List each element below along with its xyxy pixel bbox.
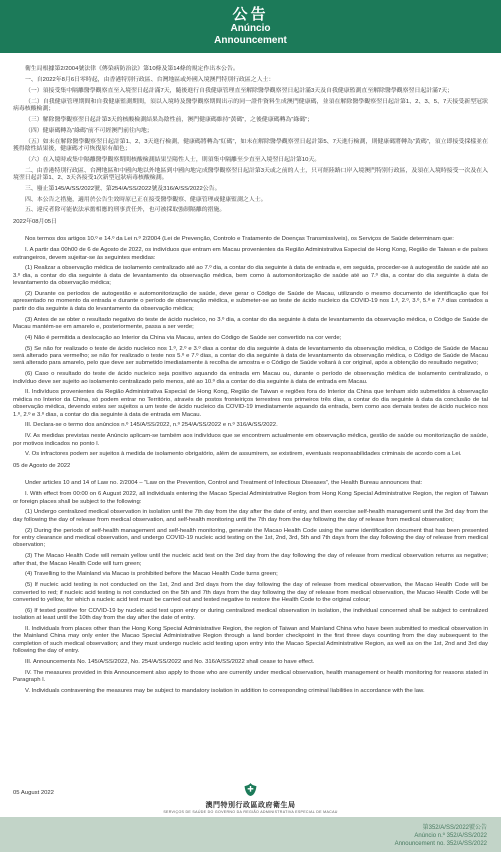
- announcement-body: 衛生局根據第2/2004號法律《傳染病防治法》第10條及第14條的規定作出本公告…: [0, 53, 501, 695]
- announcement-number-chinese: 第352/A/SS/2022號公告: [14, 825, 487, 833]
- announcement-page: 公告 Anúncio Announcement 衛生局根據第2/2004號法律《…: [0, 0, 501, 852]
- issuer-block: 05 August 2022 澳門特別行政區政府衛生局 SERVIÇOS DE …: [0, 783, 501, 815]
- portuguese-paragraphs: Nos termos dos artigos 10.º e 14.º da Le…: [13, 236, 488, 458]
- announcement-paragraph: Nos termos dos artigos 10.º e 14.º da Le…: [13, 236, 488, 243]
- announcement-paragraph: (3) The Macao Health Code will remain ye…: [13, 553, 488, 568]
- announcement-paragraph: I. A partir das 00h00 de 6 de Agosto de …: [13, 247, 488, 262]
- announcement-paragraph: 四、本公告之措施，適用於公告生效時原已正在接受醫學觀察、健康管理或健康監測之人士…: [13, 197, 488, 204]
- announcement-paragraph: 三、廢止第145/A/SS/2022號、第254/A/SS/2022號及316/…: [13, 186, 488, 193]
- announcement-paragraph: 二、由香港特別行政區、台灣地區和中國內地以外地區到中國內地完成醫學觀察翌日起計第…: [13, 168, 488, 183]
- announcement-paragraph: (3) Antes de se obter o resultado negati…: [13, 317, 488, 332]
- announcement-paragraph: （二）自我健康管理期間和自我健康監測期間，須以入境時及醫學觀察期間出示的同一證件…: [13, 99, 488, 114]
- announcement-paragraph: IV. As medidas previstas neste Anúncio a…: [13, 433, 488, 448]
- announcement-paragraph: I. With effect from 00:00 on 6 August 20…: [13, 491, 488, 506]
- announcement-number-portuguese: Anúncio n.º 352/A/SS/2022: [14, 833, 487, 841]
- announcement-paragraph: (5) If nucleic acid testing is not condu…: [13, 582, 488, 604]
- section-chinese: 衛生局根據第2/2004號法律《傳染病防治法》第10條及第14條的規定作出本公告…: [13, 66, 488, 226]
- announcement-paragraph: IV. The measures provided in this Announ…: [13, 670, 488, 685]
- announcement-paragraph: (1) Realizar a observação médica de isol…: [13, 265, 488, 287]
- announcement-paragraph: V. Individuals contravening the measures…: [13, 688, 488, 695]
- announcement-paragraph: Under articles 10 and 14 of Law no. 2/20…: [13, 480, 488, 487]
- announcement-paragraph: V. Os infractores podem ser sujeitos à m…: [13, 451, 488, 458]
- header-banner: 公告 Anúncio Announcement: [0, 0, 501, 53]
- announcement-paragraph: (5) Se não for realizado o teste de ácid…: [13, 346, 488, 368]
- announcement-paragraph: (4) Não é permitida a deslocação ao Inte…: [13, 335, 488, 342]
- footer-bar: 第352/A/SS/2022號公告 Anúncio n.º 352/A/SS/2…: [0, 817, 501, 852]
- announcement-paragraph: III. Announcements No. 145/A/SS/2022, No…: [13, 659, 488, 666]
- issuer-signature: 澳門特別行政區政府衛生局 SERVIÇOS DE SAÚDE DO GOVERN…: [0, 783, 501, 815]
- announcement-paragraph: III. Declara-se o termo dos anúncios n.º…: [13, 422, 488, 429]
- announcement-paragraph: (6) Caso o resultado do teste de ácido n…: [13, 371, 488, 386]
- health-bureau-logo-icon: [244, 783, 257, 796]
- announcement-paragraph: （四）健康碼轉為“綠碼”前不可經澳門前往內地；: [13, 128, 488, 135]
- announcement-paragraph: II. Indivíduos provenientes da Região Ad…: [13, 389, 488, 419]
- date-chinese: 2022年08月05日: [13, 219, 488, 226]
- announcement-paragraph: (6) If tested positive for COVID-19 by n…: [13, 608, 488, 623]
- announcement-paragraph: (2) During the periods of self-health ma…: [13, 528, 488, 550]
- announcement-paragraph: （五）如未在解除醫學觀察翌日起計第1、2、3天進行檢測，健康碼將轉為“紅碼”，如…: [13, 139, 488, 154]
- announcement-paragraph: （三）解除醫學觀察翌日起計第3天的核酸檢測結果為陰性前，澳門健康碼維持“黃碼”，…: [13, 117, 488, 124]
- announcement-number-english: Announcement no. 352/A/SS/2022: [14, 841, 487, 849]
- announcement-paragraph: 衛生局根據第2/2004號法律《傳染病防治法》第10條及第14條的規定作出本公告…: [13, 66, 488, 73]
- announcement-paragraph: (2) Durante os períodos de autogestão e …: [13, 291, 488, 313]
- page-title-english: Announcement: [0, 35, 501, 47]
- page-title-portuguese: Anúncio: [0, 23, 501, 35]
- date-english: 05 August 2022: [13, 790, 54, 797]
- announcement-paragraph: II. Individuals from places other than t…: [13, 626, 488, 656]
- announcement-paragraph: (4) Travelling to the Mainland via Macao…: [13, 571, 488, 578]
- issuer-name-chinese: 澳門特別行政區政府衛生局: [0, 802, 501, 810]
- english-paragraphs: Under articles 10 and 14 of Law no. 2/20…: [13, 480, 488, 695]
- page-title-chinese: 公告: [0, 6, 501, 23]
- issuer-name-portuguese: SERVIÇOS DE SAÚDE DO GOVERNO DA REGIÃO A…: [0, 810, 501, 815]
- announcement-paragraph: （六）在入境時或集中隔離醫學觀察期間核酸檢測結果呈陽性人士，則須集中隔離至少直至…: [13, 157, 488, 164]
- section-english: Under articles 10 and 14 of Law no. 2/20…: [13, 480, 488, 695]
- announcement-paragraph: (1) Undergo centralized medical observat…: [13, 509, 488, 524]
- announcement-paragraph: 五、違反者除可能依法承擔相應的刑事責任外，也可被採取強制隔離的措施。: [13, 207, 488, 214]
- announcement-paragraph: （一）須接受集中隔離醫學觀察直至入境翌日起計滿7天，隨後進行自我健康管理直至解除…: [13, 88, 488, 95]
- announcement-paragraph: 一、自2022年8月6日零時起，由香港特別行政區、台灣地區或外國入境澳門特別行政…: [13, 77, 488, 84]
- chinese-paragraphs: 衛生局根據第2/2004號法律《傳染病防治法》第10條及第14條的規定作出本公告…: [13, 66, 488, 214]
- date-portuguese: 05 de Agosto de 2022: [13, 463, 488, 470]
- section-portuguese: Nos termos dos artigos 10.º e 14.º da Le…: [13, 236, 488, 470]
